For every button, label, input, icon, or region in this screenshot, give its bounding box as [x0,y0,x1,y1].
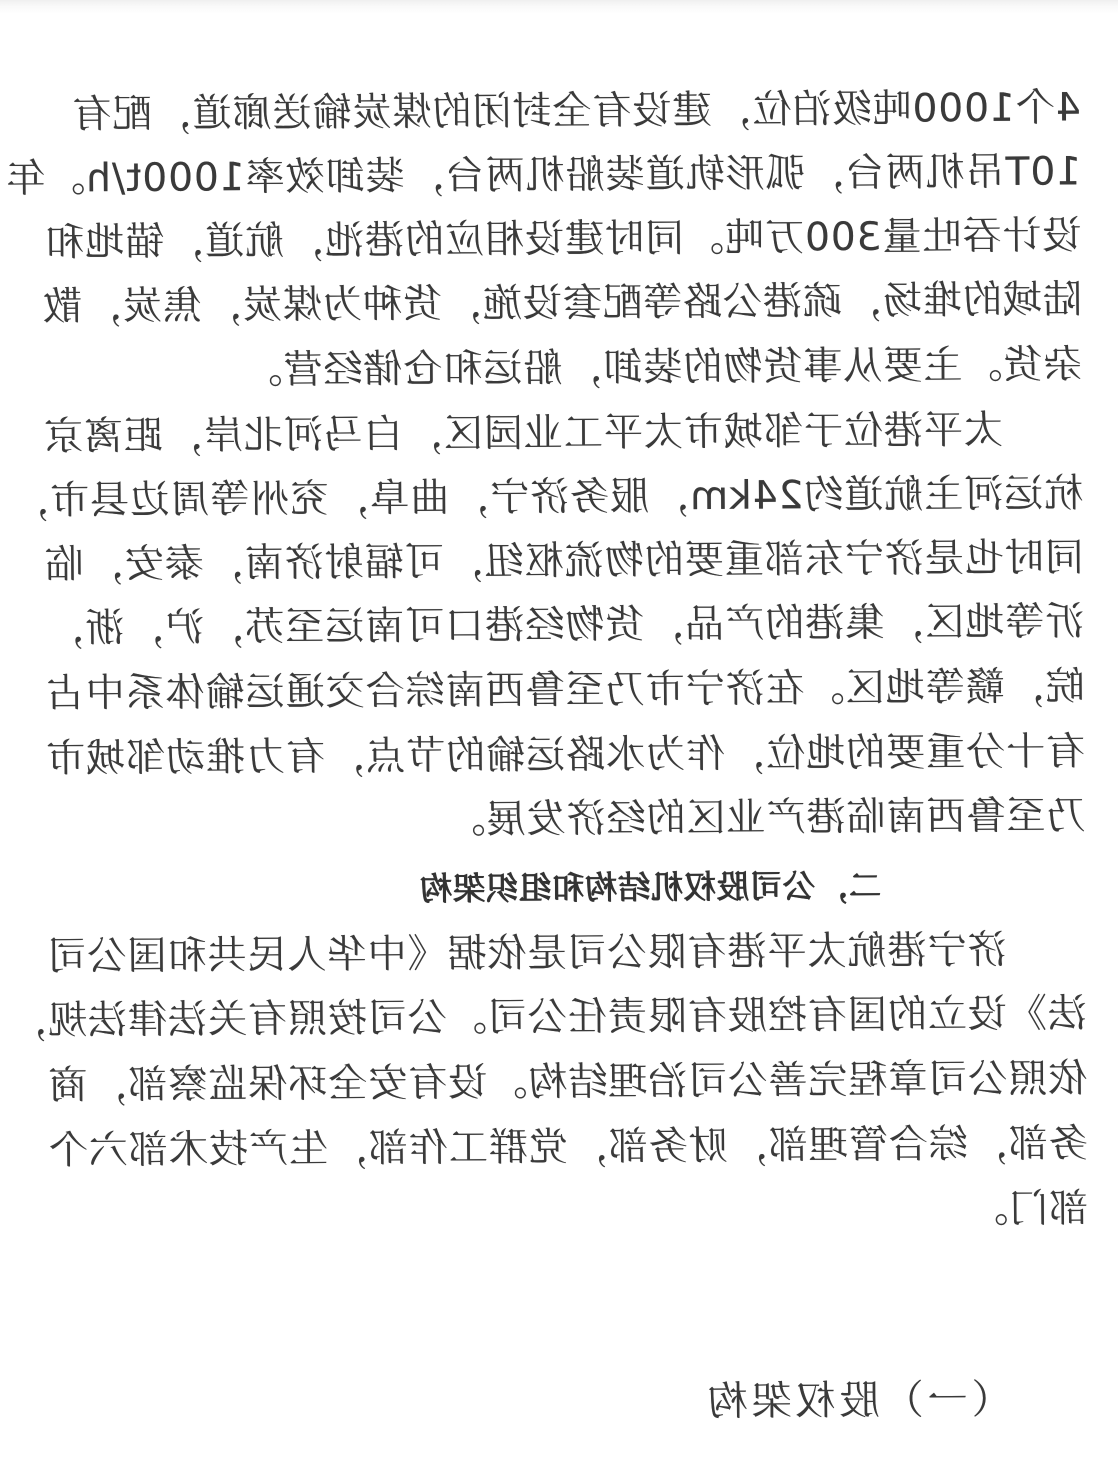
paragraph-line: 依照公司章程完善公司治理结构。设有安全环保监察部，商 [47,1059,1087,1105]
paragraph-line: 部门。 [968,1189,1088,1229]
section-heading: 二，公司股权机结构和组织架构 [419,870,881,905]
paragraph-line: 有十分重要的地位，作为水路运输的节点，有力推动邹城市 [45,732,1085,778]
paragraph-line: 同时也是济宁东部重要的物流枢纽，可辐射济南，泰安，临 [44,538,1084,584]
paragraph-line: 务部，综合管理部，财务部，党群工作部，生产技术部六个 [48,1124,1088,1170]
mirrored-text-layer: 4个1000吨级泊位，建设有全封闭的煤炭输送廊道，配有10T吊机两台，弧形轨道装… [0,0,1118,1471]
paragraph-line: 设计吞吐量300万吨。同时建设相应的港池，航道，锚地和 [44,216,1082,262]
paragraph-line: 乃至鲁西南临港产业区的经济发展。 [445,796,1085,839]
paragraph-line: 皖，赣等地区。在济宁市乃至鲁西南综合交通运输体系中占 [45,667,1085,713]
paragraph-line: 陆域的堆场，疏港公路等配套设施，货种为煤炭，焦炭，散 [42,280,1082,326]
paragraph-line: 济宁港航太平港有限公司是依据《中华人民共和国公司 [46,931,1006,977]
paragraph-line: 4个1000吨级泊位，建设有全封闭的煤炭输送廊道，配有 [71,88,1080,134]
document-page: 4个1000吨级泊位，建设有全封闭的煤炭输送廊道，配有10T吊机两台，弧形轨道装… [0,0,1118,1471]
paragraph-line: 杭运河主航道约24km，服务济宁，曲阜，兖州等周边县市， [9,474,1083,520]
paragraph-line: 法》设立的国有控股有限责任公司。公司按照有关法律法规， [7,994,1087,1041]
paragraph-line: 太平港位于邹城市太平工业园区，白马河北岸，距离京 [43,411,1003,457]
paragraph-line: 杂货。主要从事货物的装卸，船运和仓储经营。 [242,345,1082,390]
subsection-heading: （一）股权架构 [704,1380,1012,1422]
paragraph-line: 10T吊机两台，弧形轨道装船机两台，装卸效率1000t/h。年 [5,152,1081,199]
paragraph-line: 沂等地区，集港的产品，货物经港口可南运至苏，沪，浙， [44,602,1084,648]
